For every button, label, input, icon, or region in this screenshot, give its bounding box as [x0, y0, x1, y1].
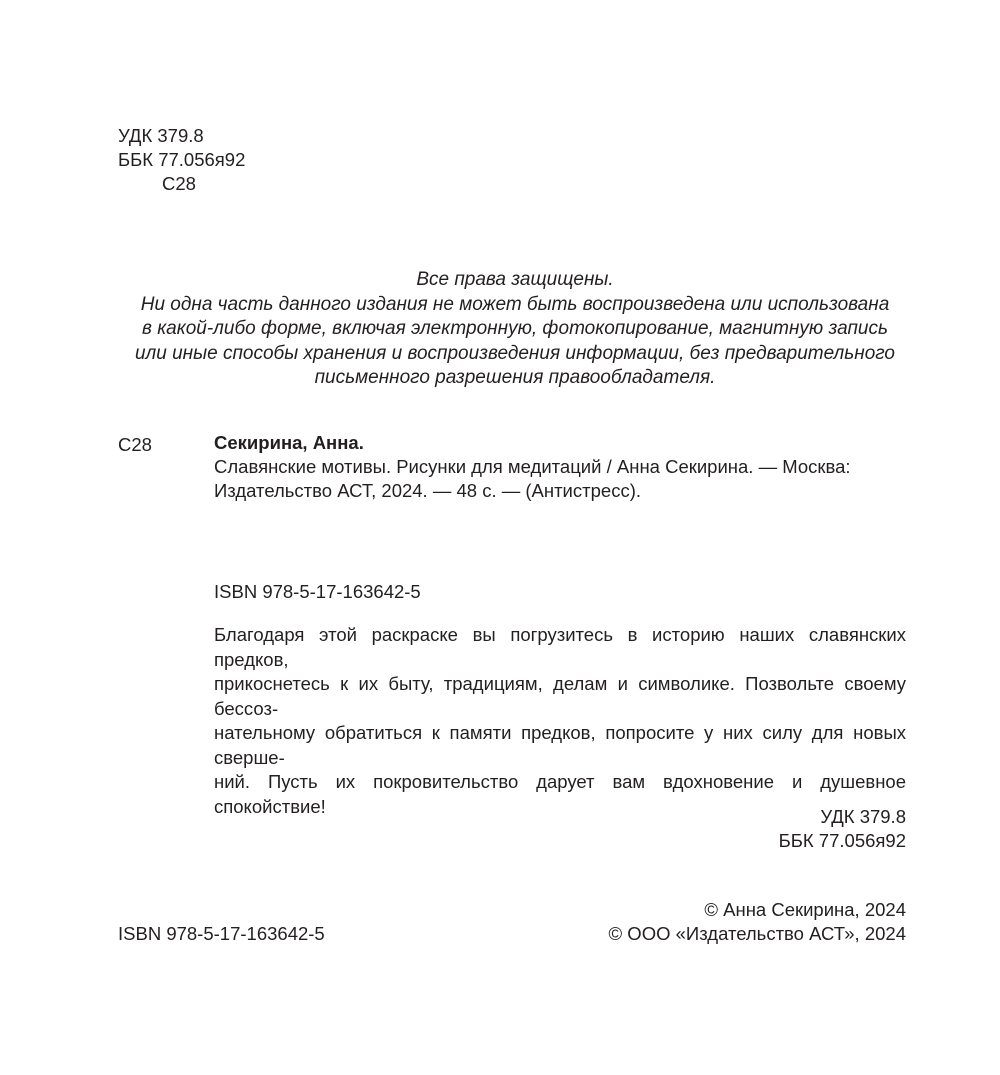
bbk-code: ББК 77.056я92 — [779, 829, 906, 853]
catalog-description-line: Издательство АСТ, 2024. — 48 с. — (Антис… — [214, 479, 914, 503]
rights-line: в какой-либо форме, включая электронную,… — [100, 317, 930, 342]
catalog-code: С28 — [118, 433, 152, 457]
annotation-line: Благодаря этой раскраске вы погрузитесь … — [214, 623, 906, 672]
annotation-line: нательному обратиться к памяти предков, … — [214, 721, 906, 770]
bbk-code: ББК 77.056я92 — [118, 148, 245, 172]
catalog-entry: Секирина, Анна. Славянские мотивы. Рисун… — [214, 431, 914, 503]
catalog-description-line: Славянские мотивы. Рисунки для медитаций… — [214, 455, 914, 479]
rights-line: или иные способы хранения и воспроизведе… — [100, 342, 930, 367]
copyright-publisher: © ООО «Издательство АСТ», 2024 — [609, 922, 906, 946]
copyright-author: © Анна Секирина, 2024 — [609, 898, 906, 922]
catalog-author: Секирина, Анна. — [214, 431, 914, 455]
top-classification-codes: УДК 379.8 ББК 77.056я92 С28 — [118, 124, 245, 196]
bottom-classification-codes: УДК 379.8 ББК 77.056я92 — [779, 805, 906, 853]
isbn-main: ISBN 978-5-17-163642-5 — [214, 580, 421, 604]
author-mark: С28 — [118, 172, 245, 196]
rights-line: Все права защищены. — [100, 268, 930, 293]
udk-code: УДК 379.8 — [118, 124, 245, 148]
annotation: Благодаря этой раскраске вы погрузитесь … — [214, 623, 906, 819]
copyright-notices: © Анна Секирина, 2024 © ООО «Издательств… — [609, 898, 906, 946]
rights-notice: Все права защищены. Ни одна часть данног… — [100, 268, 930, 391]
rights-line: письменного разрешения правообладателя. — [100, 366, 930, 391]
annotation-line: прикоснетесь к их быту, традициям, делам… — [214, 672, 906, 721]
isbn-bottom: ISBN 978-5-17-163642-5 — [118, 922, 325, 946]
udk-code: УДК 379.8 — [779, 805, 906, 829]
rights-line: Ни одна часть данного издания не может б… — [100, 293, 930, 318]
